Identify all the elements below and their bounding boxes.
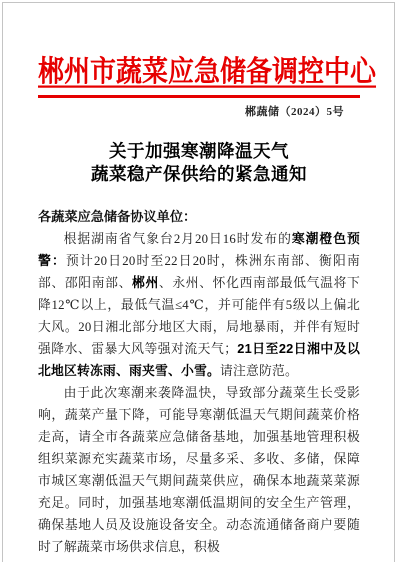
body-paragraphs: 根据湖南省气象台2月20日16时发布的寒潮橙色预警：预计20日20时至22日20… xyxy=(38,228,360,558)
notice-title-line1: 关于加强寒潮降温天气 xyxy=(109,141,289,161)
emphasis-text: 郴州 xyxy=(132,275,159,290)
body-text: 根据湖南省气象台2月20日16时发布的 xyxy=(64,232,292,246)
notice-title: 关于加强寒潮降温天气 蔬菜稳产保供给的紧急通知 xyxy=(38,140,360,187)
body-paragraph: 根据湖南省气象台2月20日16时发布的寒潮橙色预警：预计20日20时至22日20… xyxy=(38,228,360,382)
document-content: 郴州市蔬菜应急储备调控中心 郴蔬储（2024）5号 关于加强寒潮降温天气 蔬菜稳… xyxy=(3,53,394,558)
body-text: 由于此次寒潮来袭降温快，导致部分蔬菜生长受影响，蔬菜产量下降，可能导寒潮低温天气… xyxy=(38,386,360,554)
salutation: 各蔬菜应急储备协议单位： xyxy=(38,206,360,228)
document-page: 郴州市蔬菜应急储备调控中心 郴蔬储（2024）5号 关于加强寒潮降温天气 蔬菜稳… xyxy=(2,2,395,561)
body-text: 请注意防范。 xyxy=(220,364,298,378)
doc-number: 郴蔬储（2024）5号 xyxy=(38,105,360,119)
red-divider xyxy=(38,95,360,98)
body-paragraph: 由于此次寒潮来袭降温快，导致部分蔬菜生长受影响，蔬菜产量下降，可能导寒潮低温天气… xyxy=(38,382,360,558)
notice-title-line2: 蔬菜稳产保供给的紧急通知 xyxy=(91,164,307,184)
issuer-title: 郴州市蔬菜应急储备调控中心 xyxy=(38,53,360,90)
